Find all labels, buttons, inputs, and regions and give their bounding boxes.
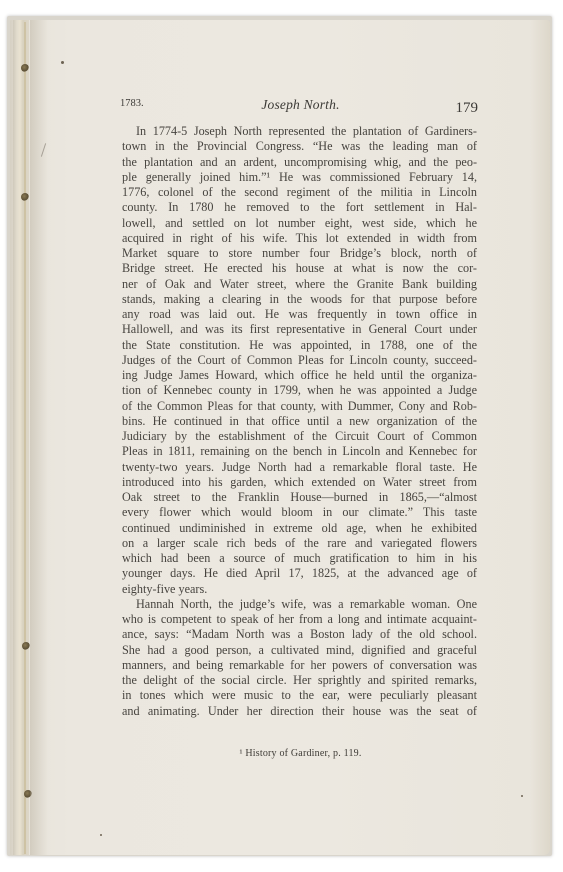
text-line: Judges of the Court of Common Pleas for … — [122, 353, 477, 368]
text-line: lowell, and settled on lot number eight,… — [122, 216, 477, 231]
text-line: county. In 1780 he removed to the fort s… — [122, 200, 477, 215]
paper-speck — [100, 834, 102, 836]
text-line: Bridge street. He erected his house at w… — [122, 261, 477, 276]
text-line: ner of Oak and Water street, where the G… — [122, 277, 477, 292]
text-line: twenty-two years. Judge North had a rema… — [122, 460, 477, 475]
text-line: stands, making a clearing in the woods f… — [122, 292, 477, 307]
text-line: younger days. He died April 17, 1825, at… — [122, 566, 477, 581]
text-line: Pleas in 1811, remaining on the bench in… — [122, 444, 477, 459]
text-line: ance, says: “Madam North was a Boston la… — [122, 627, 477, 642]
paper-speck — [521, 795, 523, 797]
running-head-title: Joseph North. — [113, 97, 488, 113]
page-number: 179 — [456, 100, 479, 117]
text-line: on a larger scale rich beds of the rare … — [122, 536, 477, 551]
text-line: town in the Provincial Congress. “He was… — [122, 139, 477, 154]
text-line: She had a good person, a cultivated mind… — [122, 643, 477, 658]
text-line: In 1774-5 Joseph North represented the p… — [122, 124, 477, 139]
footnote: ¹ History of Gardiner, p. 119. — [113, 748, 488, 759]
book-binding — [13, 20, 29, 855]
paper-speck — [61, 61, 64, 64]
text-line: ing Judge James Howard, which office he … — [122, 368, 477, 383]
text-line: of the Common Pleas for that county, wit… — [122, 399, 477, 414]
binding-stitch-icon — [21, 193, 29, 201]
text-line: the State constitution. He was appointed… — [122, 338, 477, 353]
running-head: 1783. Joseph North. 179 — [113, 96, 488, 118]
text-line: Judiciary by the establishment of the Ci… — [122, 429, 477, 444]
text-line: 1776, colonel of the second regiment of … — [122, 185, 477, 200]
text-line: and animating. Under her direction their… — [122, 704, 477, 719]
text-line: who is competent to speak of her from a … — [122, 612, 477, 627]
text-line: acquired in right of his wife. This lot … — [122, 231, 477, 246]
body-text: In 1774-5 Joseph North represented the p… — [122, 124, 477, 719]
text-line: any road was laid out. He was frequently… — [122, 307, 477, 322]
binding-stitch-icon — [21, 64, 29, 72]
text-line: Hallowell, and was its first representat… — [122, 322, 477, 337]
text-line: tion of Kennebec county in 1799, when he… — [122, 383, 477, 398]
text-line: Market square to store number four Bridg… — [122, 246, 477, 261]
text-line: manners, and being remarkable for her po… — [122, 658, 477, 673]
text-line: in tones which were music to the ear, we… — [122, 688, 477, 703]
text-line: Oak street to the Franklin House—burned … — [122, 490, 477, 505]
text-line: eighty-five years. — [122, 582, 477, 597]
text-line: ple generally joined him.”¹ He was commi… — [122, 170, 477, 185]
text-line: the plantation and an ardent, uncompromi… — [122, 155, 477, 170]
binding-thread — [24, 22, 26, 854]
text-line: continued undiminished in extreme old ag… — [122, 521, 477, 536]
text-line: which had been a source of much gratific… — [122, 551, 477, 566]
text-line: every flower which would bloom in our cl… — [122, 505, 477, 520]
text-line: introduced into his garden, which extend… — [122, 475, 477, 490]
binding-stitch-icon — [22, 642, 30, 650]
scanned-page-image: 1783. Joseph North. 179 In 1774-5 Joseph… — [0, 0, 563, 872]
text-line: bins. He continued in that office until … — [122, 414, 477, 429]
text-line: the delight of the social circle. Her sp… — [122, 673, 477, 688]
text-line: Hannah North, the judge’s wife, was a re… — [122, 597, 477, 612]
